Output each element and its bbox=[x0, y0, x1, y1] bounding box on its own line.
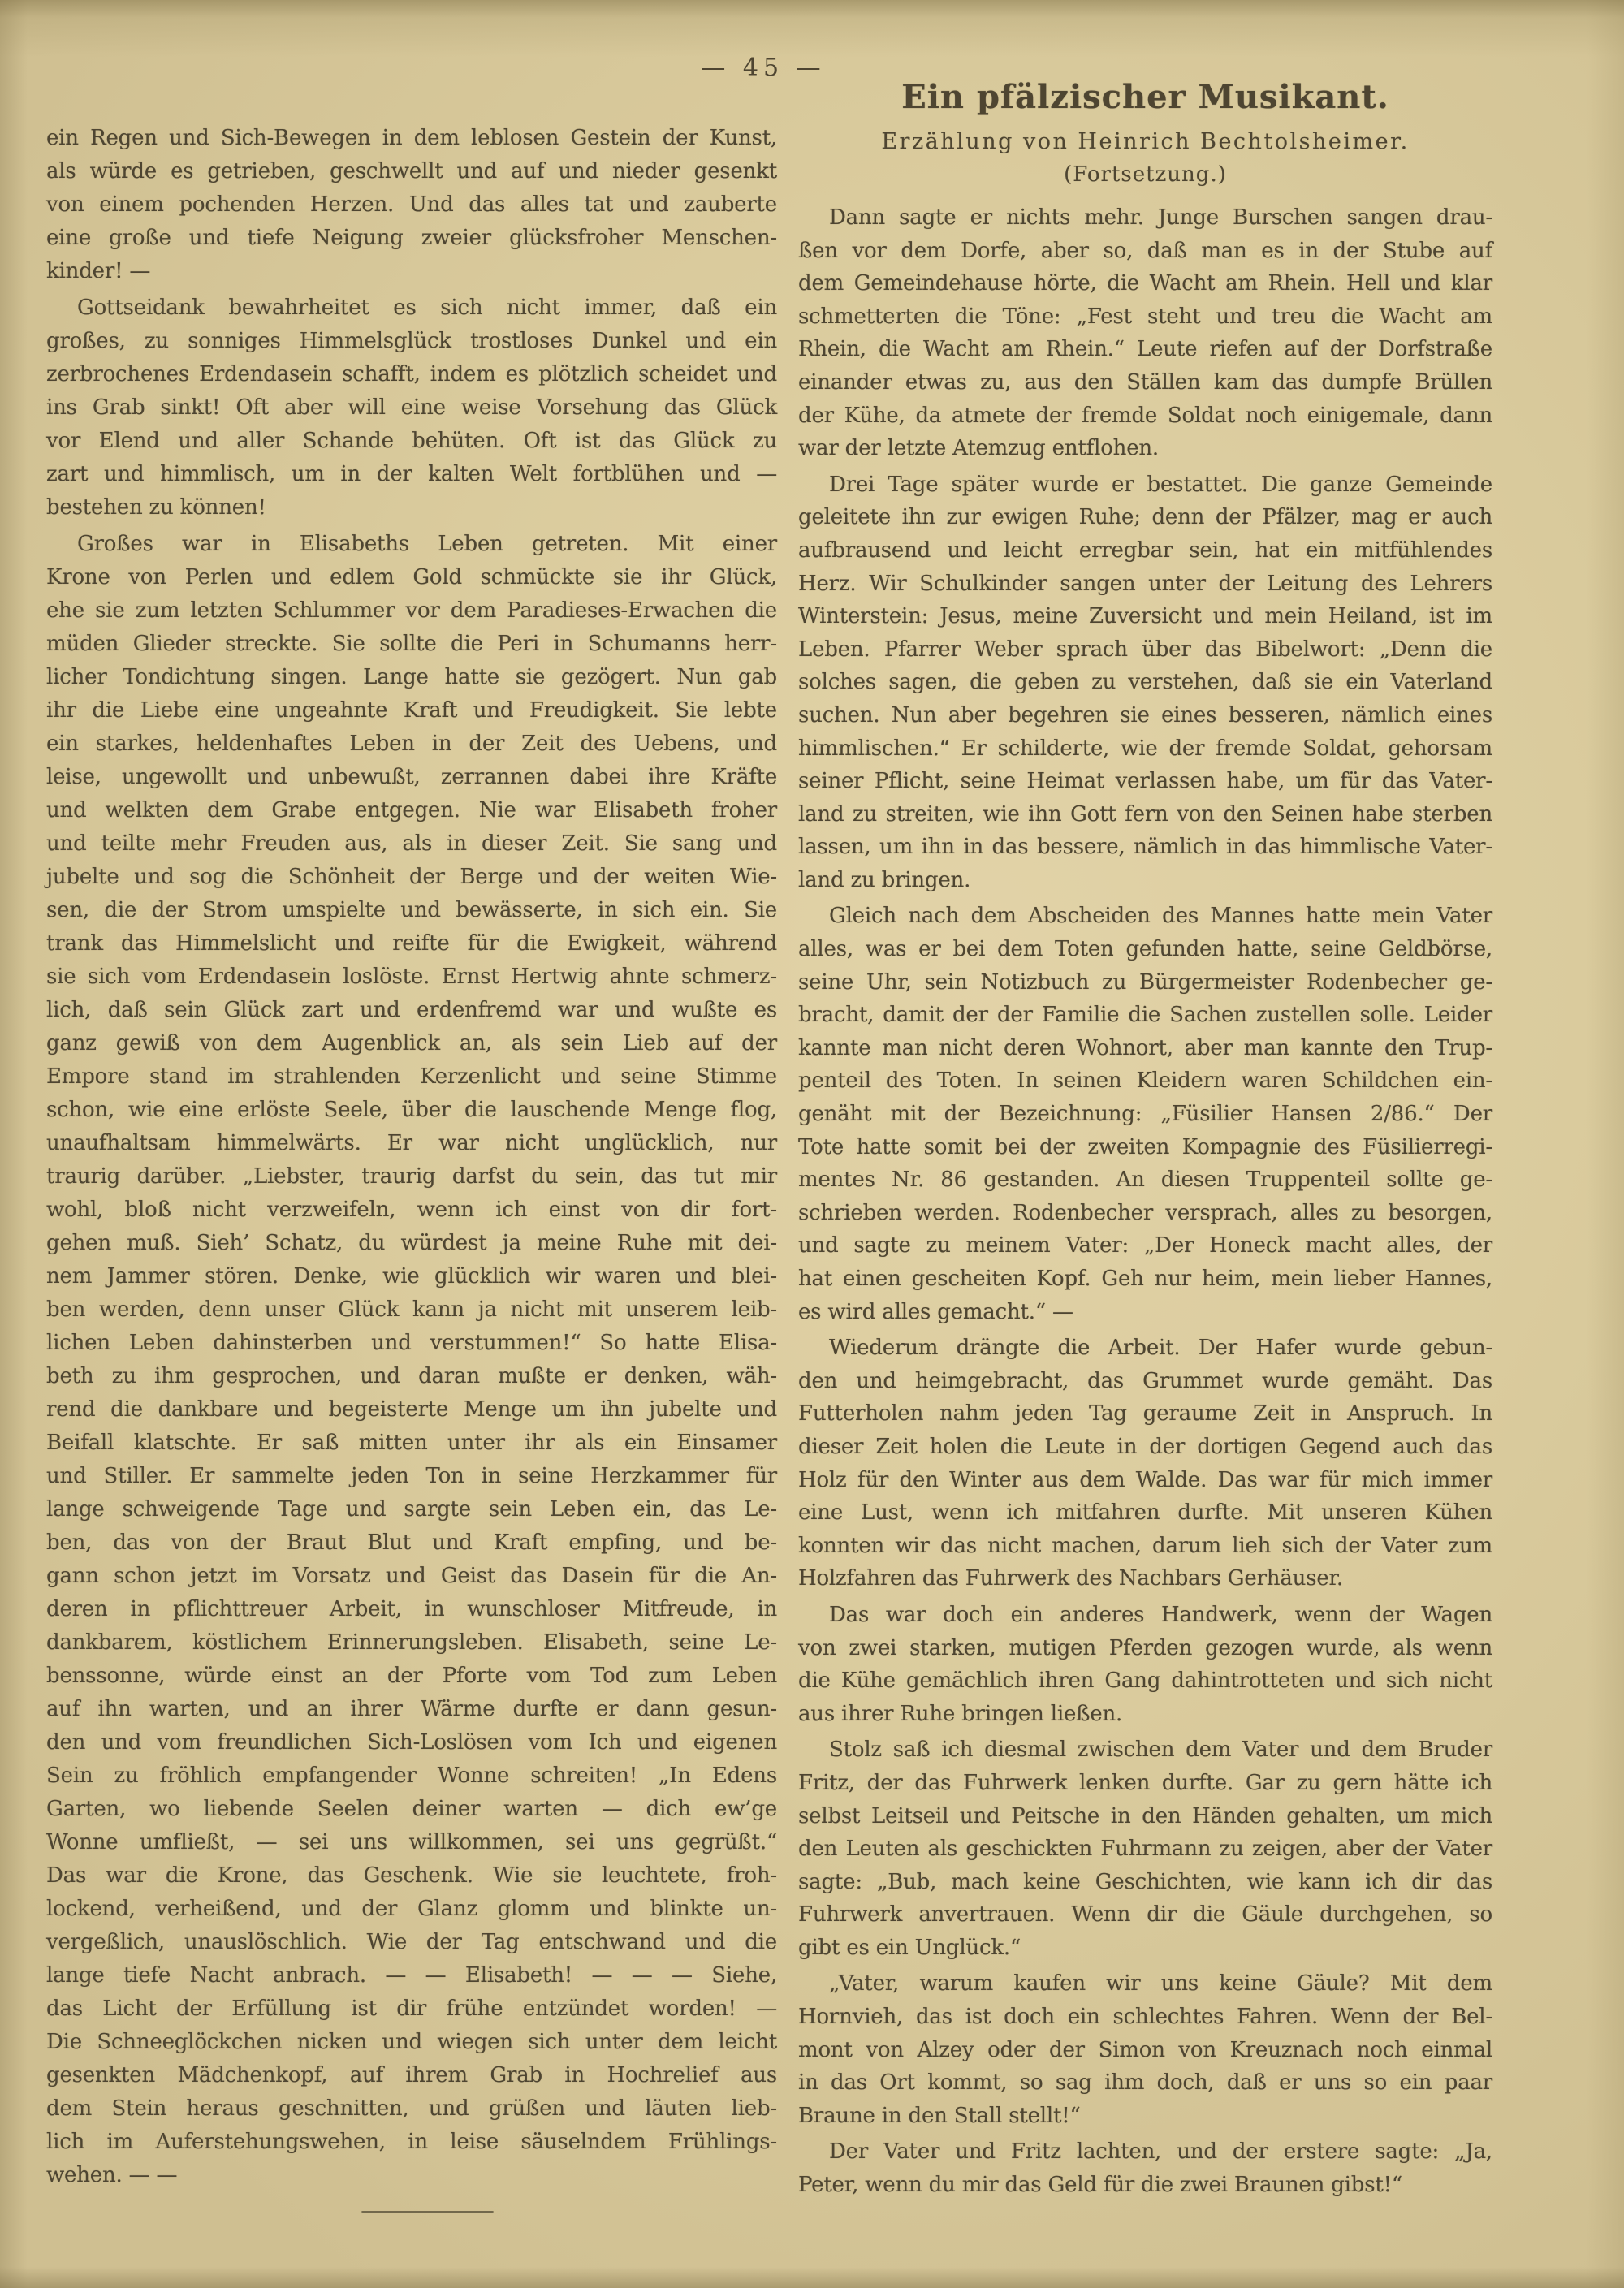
text-line: alles, was er bei dem Toten gefunden hat… bbox=[798, 933, 1492, 966]
text-line: penteil des Toten. In seinen Kleidern wa… bbox=[798, 1064, 1492, 1098]
paragraph: Dann sagte er nichts mehr. Junge Bursche… bbox=[798, 201, 1492, 465]
text-line: schmetterten die Töne: „Fest steht und t… bbox=[798, 300, 1492, 334]
text-line: dankbarem, köstlichem Erinnerungsleben. … bbox=[46, 1626, 777, 1660]
text-line: Herz. Wir Schulkinder sangen unter der L… bbox=[798, 568, 1492, 601]
paragraph: Gottseidank bewahrheitet es sich nicht i… bbox=[46, 291, 777, 525]
text-line: lich im Auferstehungswehen, in leise säu… bbox=[46, 2126, 777, 2159]
text-line: Holzfahren das Fuhrwerk des Nachbars Ger… bbox=[798, 1562, 1492, 1595]
text-line: eine Lust, wenn ich mitfahren durfte. Mi… bbox=[798, 1496, 1492, 1530]
text-line: „Vater, warum kaufen wir uns keine Gäule… bbox=[798, 1967, 1492, 2001]
text-line: Hornvieh, das ist doch ein schlechtes Fa… bbox=[798, 2001, 1492, 2034]
text-line: ins Grab sinkt! Oft aber will eine weise… bbox=[46, 391, 777, 425]
paragraph: Großes war in Elisabeths Leben getreten.… bbox=[46, 528, 777, 2192]
text-line: Rhein, die Wacht am Rhein.“ Leute riefen… bbox=[798, 333, 1492, 366]
text-line: ein starkes, heldenhaftes Leben in der Z… bbox=[46, 727, 777, 761]
text-line: Winterstein: Jesus, meine Zuversicht und… bbox=[798, 600, 1492, 633]
text-line: leise, ungewollt und unbewußt, zerrannen… bbox=[46, 761, 777, 794]
text-line: wohl, bloß nicht verzweifeln, wenn ich e… bbox=[46, 1194, 777, 1227]
text-line: auf ihn warten, und an ihrer Wärme durft… bbox=[46, 1693, 777, 1726]
right-text-column: Dann sagte er nichts mehr. Junge Bursche… bbox=[798, 201, 1492, 2202]
text-line: genäht mit der Bezeichnung: „Füsilier Ha… bbox=[798, 1098, 1492, 1131]
text-line: himmlischen.“ Er schilderte, wie der fre… bbox=[798, 732, 1492, 766]
text-line: bracht, damit der der Familie die Sachen… bbox=[798, 999, 1492, 1032]
text-line: Holz für den Winter aus dem Walde. Das w… bbox=[798, 1464, 1492, 1497]
text-line: einander etwas zu, aus den Ställen kam d… bbox=[798, 366, 1492, 399]
text-line: ben werden, denn unser Glück kann ja nic… bbox=[46, 1293, 777, 1327]
text-line: der Kühe, da atmete der fremde Soldat no… bbox=[798, 399, 1492, 433]
left-text-column: ein Regen und Sich-Bewegen in dem leblos… bbox=[46, 122, 777, 2192]
text-line: Garten, wo liebende Seelen deiner warten… bbox=[46, 1793, 777, 1826]
text-line: seiner Pflicht, seine Heimat verlassen h… bbox=[798, 765, 1492, 798]
paragraph: Stolz saß ich diesmal zwischen dem Vater… bbox=[798, 1733, 1492, 1964]
text-line: die Kühe gemächlich ihren Gang dahintrot… bbox=[798, 1664, 1492, 1698]
text-line: sagte: „Bub, mach keine Geschichten, wie… bbox=[798, 1866, 1492, 1899]
text-line: Peter, wenn du mir das Geld für die zwei… bbox=[798, 2169, 1492, 2202]
text-line: sen, die der Strom umspielte und bewässe… bbox=[46, 894, 777, 927]
text-line: ganz gewiß von dem Augenblick an, als se… bbox=[46, 1027, 777, 1060]
text-line: großes, zu sonniges Himmelsglück trostlo… bbox=[46, 325, 777, 358]
story-subtitle: Erzählung von Heinrich Bechtolsheimer. bbox=[798, 129, 1492, 154]
text-line: licher Tondichtung singen. Lange hatte s… bbox=[46, 661, 777, 694]
text-line: müden Glieder streckte. Sie sollte die P… bbox=[46, 628, 777, 661]
text-line: dem Stein heraus geschnitten, und grüßen… bbox=[46, 2092, 777, 2126]
text-line: lange schweigende Tage und sargte sein L… bbox=[46, 1493, 777, 1526]
text-line: Das war die Krone, das Geschenk. Wie sie… bbox=[46, 1859, 777, 1893]
text-line: Gleich nach dem Abscheiden des Mannes ha… bbox=[798, 900, 1492, 933]
story-continuation-label: (Fortsetzung.) bbox=[798, 162, 1492, 187]
text-line: Sein zu fröhlich empfangender Wonne schr… bbox=[46, 1759, 777, 1793]
text-line: das Licht der Erfüllung ist dir frühe en… bbox=[46, 1992, 777, 2026]
text-line: lange tiefe Nacht anbrach. — — Elisabeth… bbox=[46, 1959, 777, 1992]
text-line: Leben. Pfarrer Weber sprach über das Bib… bbox=[798, 633, 1492, 667]
text-line: es wird alles gemacht.“ — bbox=[798, 1296, 1492, 1329]
text-line: kannte man nicht deren Wohnort, aber man… bbox=[798, 1032, 1492, 1065]
text-line: Fuhrwerk anvertrauen. Wenn dir die Gäule… bbox=[798, 1898, 1492, 1932]
paragraph: Drei Tage später wurde er bestattet. Die… bbox=[798, 468, 1492, 897]
text-line: zerbrochenes Erdendasein schafft, indem … bbox=[46, 358, 777, 391]
text-line: aufbrausend und leicht erregbar sein, ha… bbox=[798, 534, 1492, 568]
text-line: lockend, verheißend, und der Glanz glomm… bbox=[46, 1893, 777, 1926]
text-line: trank das Himmelslicht und reifte für di… bbox=[46, 927, 777, 961]
text-line: deren in pflichttreuer Arbeit, in wunsch… bbox=[46, 1593, 777, 1626]
text-line: den und vom freundlichen Sich-Loslösen v… bbox=[46, 1726, 777, 1759]
text-line: nem Jammer stören. Denke, wie glücklich … bbox=[46, 1260, 777, 1293]
text-line: ein Regen und Sich-Bewegen in dem leblos… bbox=[46, 122, 777, 155]
text-line: vergeßlich, unauslöschlich. Wie der Tag … bbox=[46, 1926, 777, 1959]
text-line: Krone von Perlen und edlem Gold schmückt… bbox=[46, 561, 777, 594]
text-line: Wiederum drängte die Arbeit. Der Hafer w… bbox=[798, 1332, 1492, 1365]
text-line: Dann sagte er nichts mehr. Junge Bursche… bbox=[798, 201, 1492, 235]
paragraph: Das war doch ein anderes Handwerk, wenn … bbox=[798, 1599, 1492, 1730]
text-line: Futterholen nahm jeden Tag geraume Zeit … bbox=[798, 1397, 1492, 1431]
text-line: dem Gemeindehause hörte, die Wacht am Rh… bbox=[798, 267, 1492, 300]
text-line: jubelte und sog die Schönheit der Berge … bbox=[46, 861, 777, 894]
text-line: ben, das von der Braut Blut und Kraft em… bbox=[46, 1526, 777, 1560]
text-line: aus ihrer Ruhe bringen ließen. bbox=[798, 1698, 1492, 1731]
text-line: den und heimgebracht, das Grummet wurde … bbox=[798, 1365, 1492, 1398]
text-line: in das Ort kommt, so sag ihm doch, daß e… bbox=[798, 2066, 1492, 2100]
text-line: ehe sie zum letzten Schlummer vor dem Pa… bbox=[46, 594, 777, 628]
text-line: gann schon jetzt im Vorsatz und Geist da… bbox=[46, 1560, 777, 1593]
text-line: gibt es ein Unglück.“ bbox=[798, 1932, 1492, 1965]
text-line: Stolz saß ich diesmal zwischen dem Vater… bbox=[798, 1733, 1492, 1767]
text-line: schon, wie eine erlöste Seele, über die … bbox=[46, 1094, 777, 1127]
text-line: Empore stand im strahlenden Kerzenlicht … bbox=[46, 1060, 777, 1094]
text-line: unaufhaltsam himmelwärts. Er war nicht u… bbox=[46, 1127, 777, 1160]
text-line: benssonne, würde einst an der Pforte vom… bbox=[46, 1660, 777, 1693]
paragraph: Gleich nach dem Abscheiden des Mannes ha… bbox=[798, 900, 1492, 1328]
text-line: selbst Leitseil und Peitsche in den Händ… bbox=[798, 1800, 1492, 1833]
paragraph: Wiederum drängte die Arbeit. Der Hafer w… bbox=[798, 1332, 1492, 1595]
text-line: gehen muß. Sieh’ Schatz, du würdest ja m… bbox=[46, 1227, 777, 1260]
text-line: suchen. Nun aber begehren sie eines bess… bbox=[798, 699, 1492, 732]
story-title: Ein pfälzischer Musikant. bbox=[798, 78, 1492, 116]
text-line: ßen vor dem Dorfe, aber so, daß man es i… bbox=[798, 235, 1492, 268]
text-line: wehen. — — bbox=[46, 2159, 777, 2192]
text-line: lichen Leben dahinsterben und verstummen… bbox=[46, 1327, 777, 1360]
text-line: Drei Tage später wurde er bestattet. Die… bbox=[798, 468, 1492, 502]
paragraph: ein Regen und Sich-Bewegen in dem leblos… bbox=[46, 122, 777, 288]
text-line: eine große und tiefe Neigung zweier glüc… bbox=[46, 222, 777, 255]
text-line: kinder! — bbox=[46, 255, 777, 288]
text-line: war der letzte Atemzug entflohen. bbox=[798, 432, 1492, 465]
text-line: ihr die Liebe eine ungeahnte Kraft und F… bbox=[46, 694, 777, 727]
text-line: solches sagen, die geben zu verstehen, d… bbox=[798, 666, 1492, 699]
paragraph: Der Vater und Fritz lachten, und der ers… bbox=[798, 2135, 1492, 2201]
text-line: bestehen zu können! bbox=[46, 491, 777, 525]
text-line: land zu bringen. bbox=[798, 864, 1492, 897]
text-line: Wonne umfließt, — sei uns willkommen, se… bbox=[46, 1826, 777, 1859]
text-line: lich, daß sein Glück zart und erdenfremd… bbox=[46, 994, 777, 1027]
text-line: Tote hatte somit bei der zweiten Kompagn… bbox=[798, 1131, 1492, 1164]
text-line: Der Vater und Fritz lachten, und der ers… bbox=[798, 2135, 1492, 2169]
text-line: Das war doch ein anderes Handwerk, wenn … bbox=[798, 1599, 1492, 1632]
text-line: und welkten dem Grabe entgegen. Nie war … bbox=[46, 794, 777, 827]
text-line: land zu streiten, wie ihn Gott fern von … bbox=[798, 798, 1492, 831]
text-line: und teilte mehr Freuden aus, als in dies… bbox=[46, 827, 777, 861]
paragraph: „Vater, warum kaufen wir uns keine Gäule… bbox=[798, 1967, 1492, 2132]
text-line: Großes war in Elisabeths Leben getreten.… bbox=[46, 528, 777, 561]
text-line: gesenkten Mädchenkopf, auf ihrem Grab in… bbox=[46, 2059, 777, 2092]
text-line: rend die dankbare und begeisterte Menge … bbox=[46, 1393, 777, 1427]
text-line: lassen, um ihn in das bessere, nämlich i… bbox=[798, 831, 1492, 864]
text-line: sie sich vom Erdendasein loslöste. Ernst… bbox=[46, 961, 777, 994]
text-line: von einem pochenden Herzen. Und das alle… bbox=[46, 188, 777, 222]
text-line: und sagte zu meinem Vater: „Der Honeck m… bbox=[798, 1229, 1492, 1263]
section-divider-rule bbox=[361, 2211, 494, 2213]
text-line: konnten wir das nicht machen, darum lieh… bbox=[798, 1530, 1492, 1563]
text-line: Braune in den Stall stellt!“ bbox=[798, 2100, 1492, 2133]
text-line: mentes Nr. 86 gestanden. An diesen Trupp… bbox=[798, 1163, 1492, 1197]
story-header: Ein pfälzischer Musikant. Erzählung von … bbox=[798, 78, 1492, 187]
text-line: vor Elend und aller Schande behüten. Oft… bbox=[46, 425, 777, 458]
text-line: hat einen gescheiten Kopf. Geh nur heim,… bbox=[798, 1263, 1492, 1296]
text-line: Fritz, der das Fuhrwerk lenken durfte. G… bbox=[798, 1767, 1492, 1800]
text-line: schrieben werden. Rodenbecher versprach,… bbox=[798, 1197, 1492, 1230]
text-line: geleitete ihn zur ewigen Ruhe; denn der … bbox=[798, 501, 1492, 534]
text-line: Beifall klatschte. Er saß mitten unter i… bbox=[46, 1427, 777, 1460]
text-line: dieser Zeit holen die Leute in der dorti… bbox=[798, 1431, 1492, 1464]
text-line: traurig darüber. „Liebster, traurig darf… bbox=[46, 1160, 777, 1194]
text-line: Gottseidank bewahrheitet es sich nicht i… bbox=[46, 291, 777, 325]
text-line: mont von Alzey oder der Simon von Kreuzn… bbox=[798, 2034, 1492, 2067]
text-line: Die Schneeglöckchen nicken und wiegen si… bbox=[46, 2026, 777, 2059]
text-line: und Stiller. Er sammelte jeden Ton in se… bbox=[46, 1460, 777, 1493]
text-line: zart und himmlisch, um in der kalten Wel… bbox=[46, 458, 777, 491]
text-line: als würde es getrieben, geschwellt und a… bbox=[46, 155, 777, 188]
text-line: den Leuten als geschickten Fuhrmann zu z… bbox=[798, 1833, 1492, 1866]
text-line: seine Uhr, sein Notizbuch zu Bürgermeist… bbox=[798, 966, 1492, 999]
text-line: beth zu ihm gesprochen, und daran mußte … bbox=[46, 1360, 777, 1393]
text-line: von zwei starken, mutigen Pferden gezoge… bbox=[798, 1632, 1492, 1665]
